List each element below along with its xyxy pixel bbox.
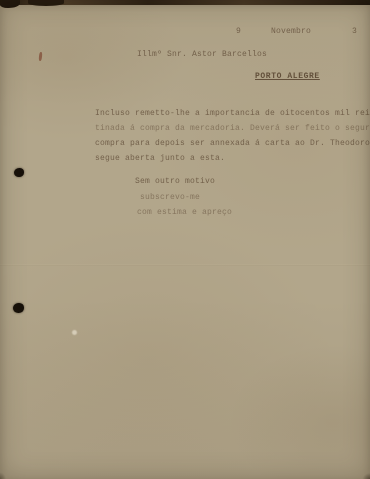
date-day: 9 bbox=[236, 27, 241, 36]
body-line: segue aberta junto a esta. bbox=[95, 151, 225, 166]
page-number: 3 bbox=[352, 27, 357, 36]
destination-city: PORTO ALEGRE bbox=[255, 72, 320, 81]
closing-line: subscrevo-me bbox=[140, 193, 200, 202]
closing-line: Sem outro motivo bbox=[135, 177, 215, 186]
corner-shadow bbox=[356, 469, 370, 479]
date-month: Novembro bbox=[271, 27, 311, 36]
punch-hole bbox=[14, 168, 24, 177]
paper-crease bbox=[0, 264, 370, 266]
scanner-edge-blob bbox=[28, 0, 64, 6]
scanner-edge-blob bbox=[0, 0, 20, 8]
body-line: compra para depois ser annexada á carta … bbox=[95, 136, 370, 151]
punch-hole bbox=[13, 303, 24, 313]
closing-line: com estima e apreço bbox=[137, 208, 232, 217]
corner-shadow bbox=[0, 467, 10, 479]
body-line: tinada á compra da mercadoria. Deverá se… bbox=[95, 121, 370, 136]
body-line: Incluso remetto-lhe a importancia de oit… bbox=[95, 106, 370, 121]
scanned-letter-page: 9 Novembro 3 Illmº Snr. Astor Barcellos … bbox=[0, 0, 370, 479]
ink-speck bbox=[39, 52, 43, 61]
paper-fleck bbox=[72, 330, 77, 335]
addressee-line: Illmº Snr. Astor Barcellos bbox=[137, 50, 267, 59]
